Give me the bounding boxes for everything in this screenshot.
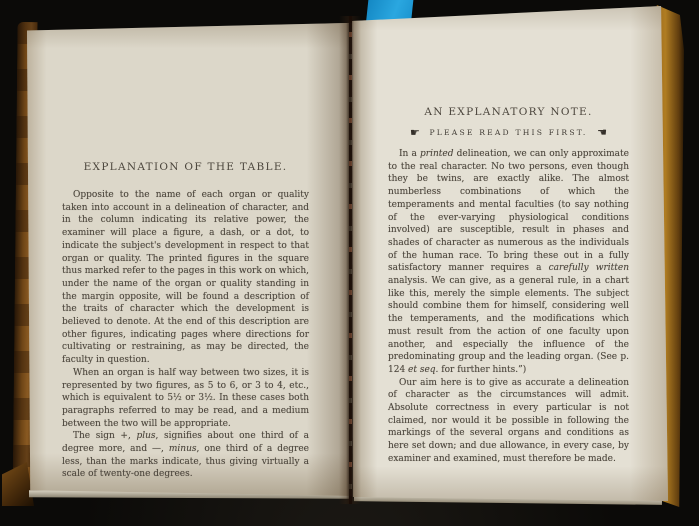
paragraph: Opposite to the name of each organ or qu… xyxy=(62,189,309,367)
book-photo: EXPLANATION OF THE TABLE. Opposite to th… xyxy=(0,0,699,526)
right-page: AN EXPLANATORY NOTE. ☛ PLEASE READ THIS … xyxy=(352,6,668,506)
left-page-body: Opposite to the name of each organ or qu… xyxy=(62,189,309,481)
paragraph: In a printed delineation, we can only ap… xyxy=(388,148,629,377)
manicule-left-icon: ☚ xyxy=(597,126,607,139)
paragraph: When an organ is half way between two si… xyxy=(62,367,309,431)
paragraph: Our aim here is to give as accurate a de… xyxy=(388,377,629,466)
notice-line: ☛ PLEASE READ THIS FIRST. ☚ xyxy=(388,126,629,139)
manicule-right-icon: ☛ xyxy=(410,126,420,139)
right-page-heading: AN EXPLANATORY NOTE. xyxy=(388,106,629,118)
left-page: EXPLANATION OF THE TABLE. Opposite to th… xyxy=(27,20,352,496)
right-page-body: In a printed delineation, we can only ap… xyxy=(388,148,629,466)
paragraph: The sign +, plus, signifies about one th… xyxy=(62,430,309,481)
left-page-heading: EXPLANATION OF THE TABLE. xyxy=(62,161,309,173)
notice-text: PLEASE READ THIS FIRST. xyxy=(424,128,592,137)
